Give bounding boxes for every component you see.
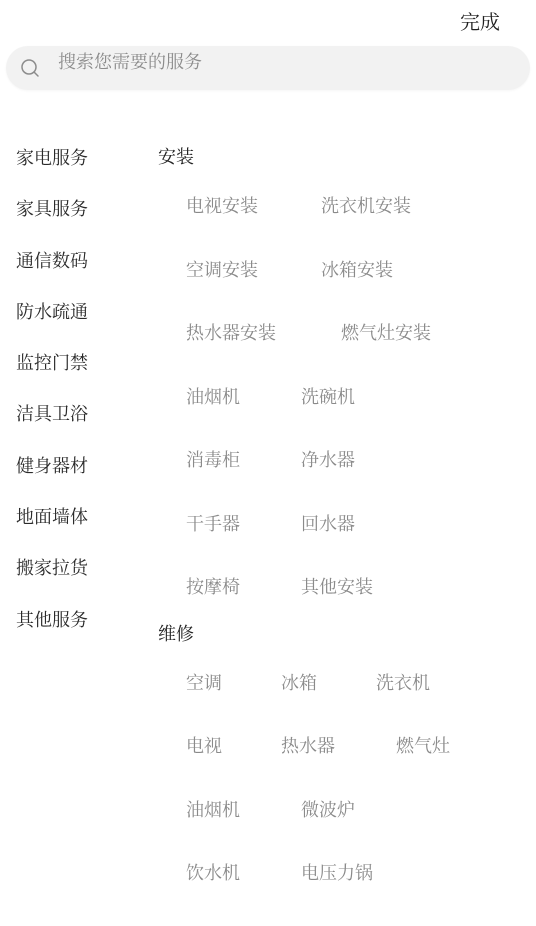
sidebar-item-bathroom[interactable]: 洁具卫浴 [0, 396, 140, 447]
service-item[interactable]: 空调 [186, 669, 222, 695]
service-item[interactable]: 消毒柜 [186, 446, 240, 472]
sidebar-item-moving[interactable]: 搬家拉货 [0, 550, 140, 601]
service-row: 按摩椅 其他安装 [158, 559, 536, 623]
service-item[interactable]: 油烟机 [186, 383, 240, 409]
sidebar-item-fitness[interactable]: 健身器材 [0, 448, 140, 499]
service-item[interactable]: 空调安装 [186, 256, 258, 282]
service-row: 电视安装 洗衣机安装 [158, 178, 536, 242]
service-item[interactable]: 电视 [186, 732, 222, 758]
service-item[interactable]: 微波炉 [301, 796, 355, 822]
sidebar-item-floor-wall[interactable]: 地面墙体 [0, 499, 140, 550]
search-input[interactable] [58, 40, 498, 84]
service-item[interactable]: 洗衣机 [376, 669, 430, 695]
service-row: 电视 热水器 燃气灶 [158, 718, 536, 782]
service-row: 油烟机 洗碗机 [158, 369, 536, 433]
service-row: 油烟机 微波炉 [158, 782, 536, 846]
sidebar-item-appliance[interactable]: 家电服务 [0, 140, 140, 191]
service-item[interactable]: 油烟机 [186, 796, 240, 822]
service-item[interactable]: 冰箱 [281, 669, 317, 695]
done-button[interactable]: 完成 [460, 6, 500, 35]
service-row: 干手器 回水器 [158, 496, 536, 560]
service-item[interactable]: 冰箱安装 [321, 256, 393, 282]
service-item[interactable]: 按摩椅 [186, 573, 240, 599]
service-row: 热水器安装 燃气灶安装 [158, 305, 536, 369]
sidebar-item-digital[interactable]: 通信数码 [0, 243, 140, 294]
service-item[interactable]: 燃气灶安装 [341, 319, 431, 345]
service-item[interactable]: 干手器 [186, 510, 240, 536]
service-item[interactable]: 回水器 [301, 510, 355, 536]
service-item[interactable]: 其他安装 [301, 573, 373, 599]
sidebar-item-waterproof[interactable]: 防水疏通 [0, 294, 140, 345]
service-row: 空调安装 冰箱安装 [158, 242, 536, 306]
service-row: 空调 冰箱 洗衣机 [158, 655, 536, 719]
service-row: 消毒柜 净水器 [158, 432, 536, 496]
search-icon [20, 58, 40, 78]
service-item[interactable]: 热水器 [281, 732, 335, 758]
service-item[interactable]: 热水器安装 [186, 319, 276, 345]
service-content: 安装 电视安装 洗衣机安装 空调安装 冰箱安装 热水器安装 燃气灶安装 油烟机 … [158, 138, 536, 909]
sidebar-item-furniture[interactable]: 家具服务 [0, 191, 140, 242]
service-item[interactable]: 电压力锅 [301, 859, 373, 885]
service-item[interactable]: 燃气灶 [396, 732, 450, 758]
service-item[interactable]: 洗衣机安装 [321, 192, 411, 218]
search-bar[interactable] [6, 46, 530, 90]
service-row: 饮水机 电压力锅 [158, 845, 536, 909]
sidebar-item-other[interactable]: 其他服务 [0, 602, 140, 653]
service-item[interactable]: 净水器 [301, 446, 355, 472]
sidebar-item-security[interactable]: 监控门禁 [0, 345, 140, 396]
service-item[interactable]: 饮水机 [186, 859, 240, 885]
category-sidebar: 家电服务 家具服务 通信数码 防水疏通 监控门禁 洁具卫浴 健身器材 地面墙体 … [0, 140, 140, 653]
section-title-install: 安装 [158, 138, 536, 178]
service-item[interactable]: 电视安装 [186, 192, 258, 218]
service-item[interactable]: 洗碗机 [301, 383, 355, 409]
